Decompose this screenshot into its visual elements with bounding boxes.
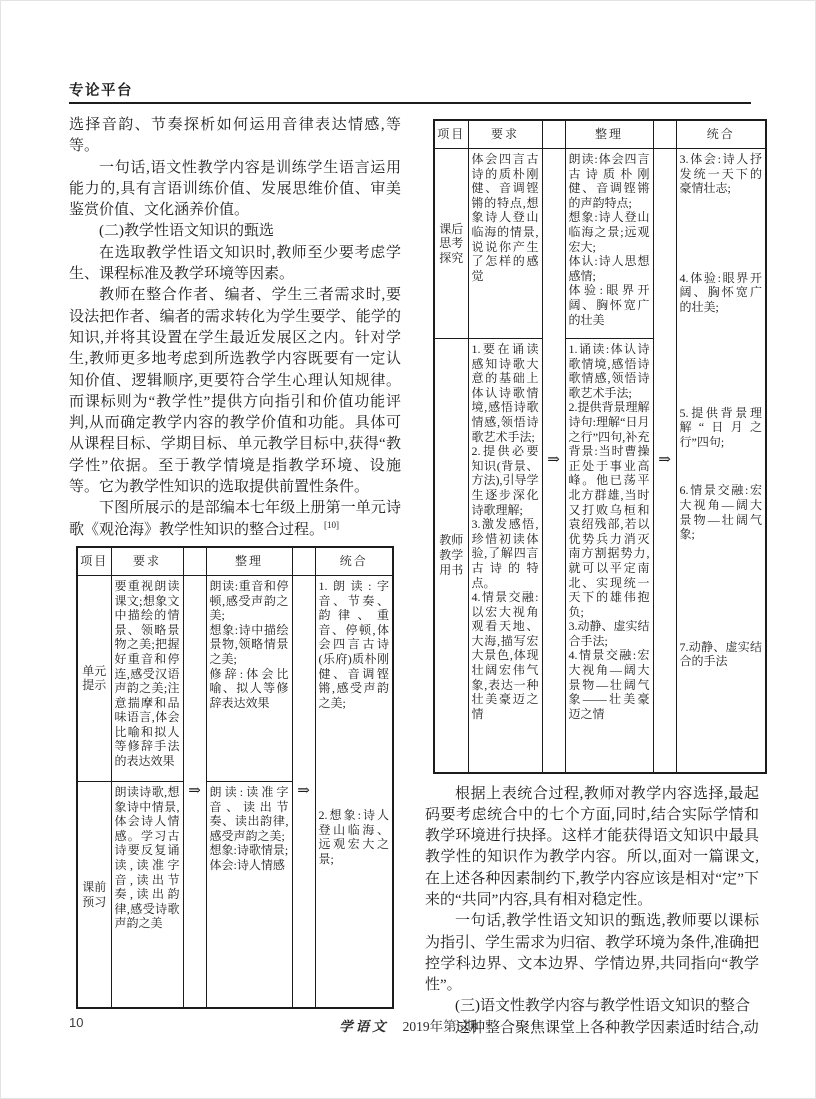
unify-item: 1.朗读:字音、节奏、韵律、重音、停顿,体会四言古诗(乐府)质朴刚健、音调铿锵,… (319, 579, 390, 710)
integration-table-unit: 项目 要求 整理 统合 单元提示 要重视朗读课文;想象文中描绘的情景、领略景物之… (76, 546, 394, 1010)
project-cell: 课后思考探究 (434, 149, 468, 339)
col-header-unify: 统合 (315, 547, 393, 576)
paragraph: 根据上表统合过程,教师对教学内容选择,最起码要考虑统合中的七个方面,同时,结合实… (425, 784, 759, 912)
paragraph: 一句话,语文性教学内容是训练学生语言运用能力的,具有言语训练价值、发展思维价值、… (69, 158, 401, 222)
require-item: 4.情景交融:以宏大视角观看天地、大海,描写宏大景色,体现壮阔宏伟气象,表达一种… (472, 590, 539, 721)
journal-page: 专论平台 选择音韵、节奏探析如何运用音律表达情感,等等。 一句话,语文性教学内容… (0, 0, 816, 1099)
organize-item: 朗读:体会四言古诗质朴刚健、音调铿锵的声韵特点; (569, 152, 650, 210)
organize-item: 体会:诗人情感 (210, 858, 289, 873)
paragraph: 下图所展示的是部编本七年级上册第一单元诗歌《观沧海》教学性知识的整合过程。[10… (69, 498, 401, 541)
organize-item: 体验:眼界开阔、胸怀宽广的壮美 (569, 283, 650, 327)
col-header-project: 项目 (77, 547, 111, 576)
organize-item: 修辞:体会比喻、拟人等修辞表达效果 (210, 667, 289, 711)
table-row: 单元提示 要重视朗读课文;想象文中描绘的情景、领略景物之美;把握好重音和停连,感… (77, 575, 393, 781)
organize-item: 体认:诗人思想感情; (569, 254, 650, 283)
organize-item: 想象:诗人登山临海之景;远观宏大; (569, 210, 650, 254)
organize-item: 1.诵读:体认诗歌情境,感悟诗歌情感,领悟诗歌艺术手法; (569, 342, 650, 400)
col-header-blank (542, 120, 565, 149)
organize-item: 3.动静、虚实结合手法; (569, 619, 650, 648)
require-item: 2.提供必要知识(背景、方法),引导学生逐步深化诗歌理解; (472, 444, 539, 517)
col-header-blank (292, 547, 315, 576)
organize-item: 2.提供背景理解诗句:理解“日月之行”四句,补充背景:当时曹操正处于事业高峰。他… (569, 400, 650, 619)
unify-cell: 1.朗读:字音、节奏、韵律、重音、停顿,体会四言古诗(乐府)质朴刚健、音调铿锵,… (315, 575, 393, 1008)
require-cell: 要重视朗读课文;想象文中描绘的情景、领略景物之美;把握好重音和停连,感受汉语声韵… (111, 575, 183, 781)
project-cell: 教师教学用书 (434, 339, 468, 773)
paragraph: 教师在整合作者、编者、学生三者需求时,要设法把作者、编者的需求转化为学生要学、能… (69, 285, 401, 498)
unify-item: 3.体会:诗人抒发统一天下的豪情壮志; (680, 152, 763, 196)
arrow-cell: ⇒ (653, 149, 676, 773)
integration-table-lesson: 项目 要求 整理 统合 课后思考探究 体会四言古诗的质朴刚健、音调铿锵的特点,想… (433, 119, 767, 774)
col-header-unify: 统合 (676, 120, 766, 149)
right-arrow-icon: ⇒ (188, 783, 201, 799)
require-item: 3.激发感悟,珍惜初读体验,了解四言古诗的特点。 (472, 517, 539, 590)
col-header-project: 项目 (434, 120, 468, 149)
table-header-row: 项目 要求 整理 统合 (434, 120, 766, 149)
unify-item: 6.情景交融:宏大视角—阔大景物—壮阔气象; (680, 483, 763, 541)
table-header-row: 项目 要求 整理 统合 (77, 547, 393, 576)
organize-cell: 朗读:重音和停顿,感受声韵之美; 想象:诗中描绘景物,领略情景之美; 修辞:体会… (206, 575, 292, 781)
footer: 学语文2019年第5期 (1, 1015, 815, 1035)
col-header-blank (183, 547, 206, 576)
unify-cell: 3.体会:诗人抒发统一天下的豪情壮志; 4.体验:眼界开阔、胸怀宽广的壮美; 5… (676, 149, 766, 773)
col-header-require: 要求 (111, 547, 183, 576)
masthead-rule (69, 102, 751, 104)
organize-cell: 朗读:读准字音、读出节奏、读出韵律,感受声韵之美; 想象:诗歌情景; 体会:诗人… (206, 781, 292, 1008)
col-header-organize: 整理 (565, 120, 653, 149)
col-header-require: 要求 (468, 120, 542, 149)
paragraph-text: 下图所展示的是部编本七年级上册第一单元诗歌《观沧海》教学性知识的整合过程。 (69, 500, 401, 537)
require-item: 1.要在诵读感知诗歌大意的基础上体认诗歌情境,感悟诗歌情感,领悟诗歌艺术手法; (472, 342, 539, 444)
left-column: 选择音韵、节奏探析如何运用音律表达情感,等等。 一句话,语文性教学内容是训练学生… (69, 115, 401, 1009)
arrow-cell: ⇒ (183, 575, 206, 1008)
right-arrow-icon: ⇒ (297, 783, 310, 799)
issue-label: 2019年第5期 (403, 1019, 477, 1034)
table-row: 课后思考探究 体会四言古诗的质朴刚健、音调铿锵的特点,想象诗人登山临海的情景,说… (434, 149, 766, 339)
unify-item: 5.提供背景理解“日月之行”四句; (680, 406, 763, 450)
col-header-blank (653, 120, 676, 149)
unify-item: 2.想象:诗人登山临海、远观宏大之景; (319, 808, 390, 866)
right-column: 项目 要求 整理 统合 课后思考探究 体会四言古诗的质朴刚健、音调铿锵的特点,想… (425, 119, 759, 1039)
require-cell: 朗读诗歌,想象诗中情景,体会诗人情感。学习古诗要反复诵读,读准字音,读出节奏,读… (111, 781, 183, 1008)
organize-cell: 1.诵读:体认诗歌情境,感悟诗歌情感,领悟诗歌艺术手法; 2.提供背景理解诗句:… (565, 339, 653, 773)
journal-name: 学语文 (339, 1019, 389, 1034)
right-arrow-icon: ⇒ (547, 452, 560, 468)
project-cell: 课前预习 (77, 781, 111, 1008)
paragraph: 一句话,教学性语文知识的甄选,教师要以课标为指引、学生需求为归宿、教学环境为条件… (425, 911, 759, 996)
citation-marker: [10] (324, 520, 339, 530)
paragraph: 选择音韵、节奏探析如何运用音律表达情感,等等。 (69, 115, 401, 158)
organize-item: 想象:诗中描绘景物,领略情景之美; (210, 623, 289, 667)
subsection-heading: (二)教学性语文知识的甄选 (69, 221, 401, 242)
right-column-text: 根据上表统合过程,教师对教学内容选择,最起码要考虑统合中的七个方面,同时,结合实… (425, 784, 759, 1040)
arrow-cell: ⇒ (542, 149, 565, 773)
organize-item: 4.情景交融:宏大视角—阔大景物—壮阔气象——壮美豪迈之情 (569, 648, 650, 721)
col-header-organize: 整理 (206, 547, 292, 576)
paragraph: 在选取教学性语文知识时,教师至少要考虑学生、课程标准及教学环境等因素。 (69, 243, 401, 286)
organize-item: 朗读:读准字音、读出节奏、读出韵律,感受声韵之美; (210, 785, 289, 843)
right-arrow-icon: ⇒ (658, 452, 671, 468)
unify-item: 7.动静、虚实结合的手法 (680, 640, 763, 669)
organize-item: 朗读:重音和停顿,感受声韵之美; (210, 579, 289, 623)
organize-cell: 朗读:体会四言古诗质朴刚健、音调铿锵的声韵特点; 想象:诗人登山临海之景;远观宏… (565, 149, 653, 339)
unify-item: 4.体验:眼界开阔、胸怀宽广的壮美; (680, 271, 763, 315)
section-label: 专论平台 (69, 79, 133, 100)
require-cell: 体会四言古诗的质朴刚健、音调铿锵的特点,想象诗人登山临海的情景,说说你产生了怎样… (468, 149, 542, 339)
arrow-cell: ⇒ (292, 575, 315, 1008)
project-cell: 单元提示 (77, 575, 111, 781)
require-cell: 1.要在诵读感知诗歌大意的基础上体认诗歌情境,感悟诗歌情感,领悟诗歌艺术手法; … (468, 339, 542, 773)
organize-item: 想象:诗歌情景; (210, 843, 289, 858)
